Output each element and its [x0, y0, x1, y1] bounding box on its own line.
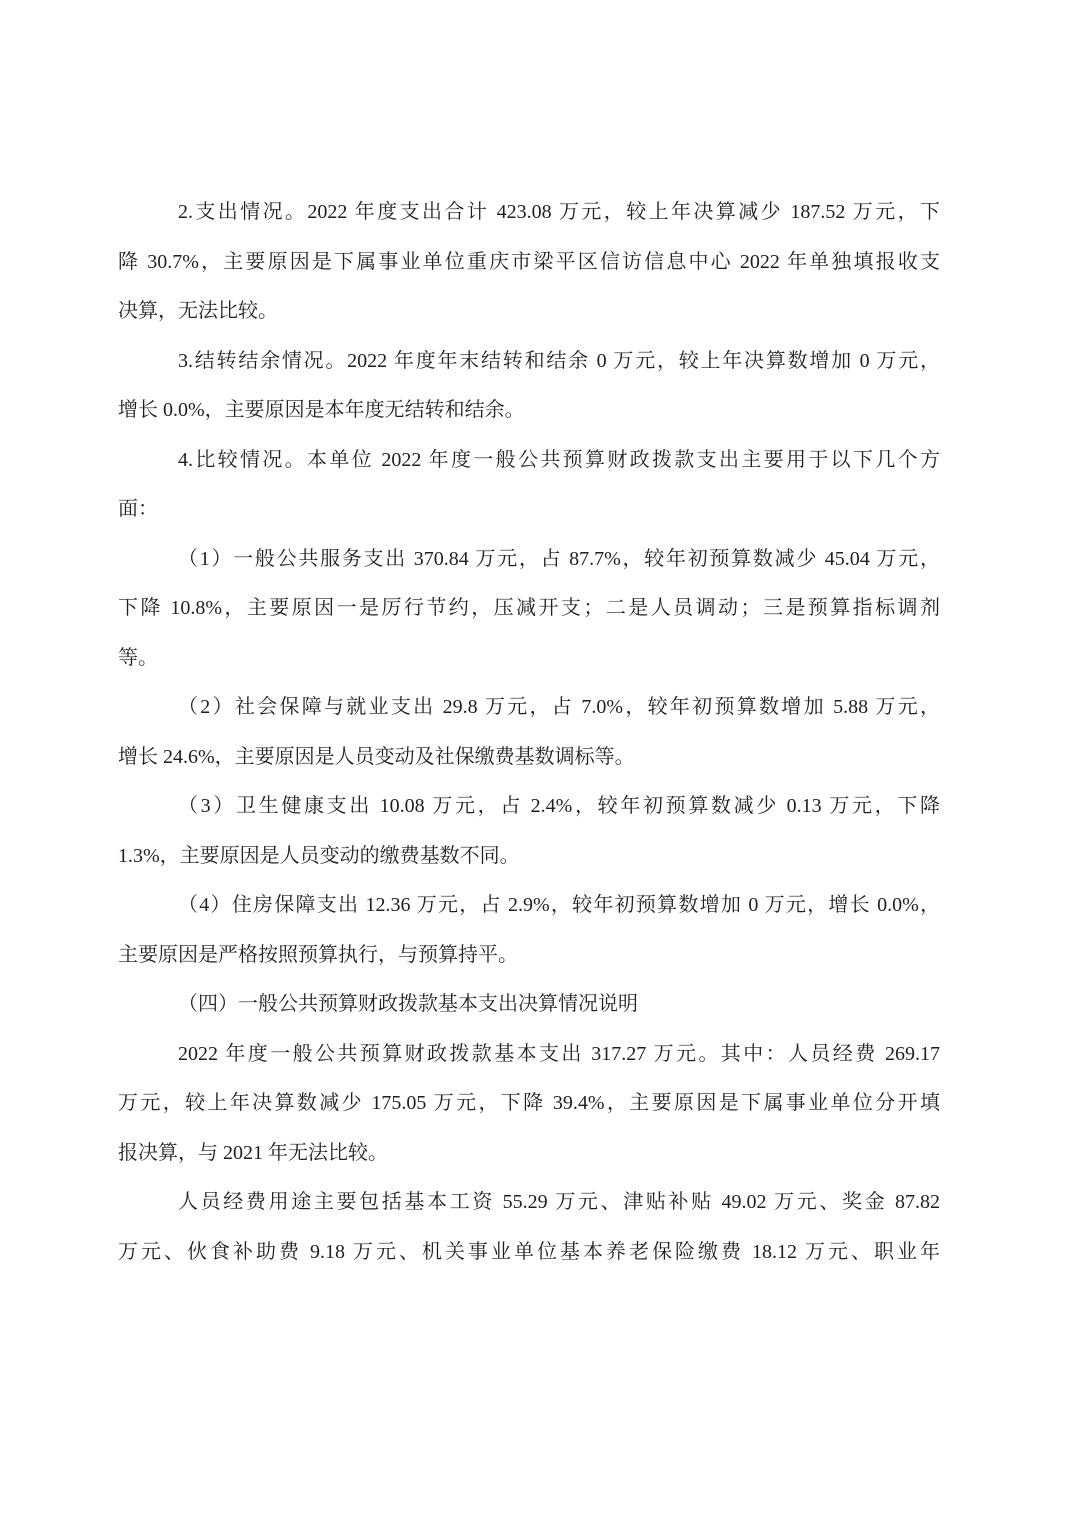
text-line: 增长 24.6%，主要原因是人员变动及社保缴费基数调标等。: [118, 733, 940, 783]
text-line: 下降 10.8%，主要原因一是厉行节约，压减开支；二是人员调动；三是预算指标调剂: [118, 584, 940, 634]
paragraph-item3-health: （3）卫生健康支出 10.08 万元，占 2.4%，较年初预算数减少 0.13 …: [118, 782, 1074, 881]
text-line: 1.3%，主要原因是人员变动的缴费基数不同。: [118, 832, 940, 882]
text-line: 2022 年度一般公共预算财政拨款基本支出 317.27 万元。其中：人员经费 …: [118, 1030, 940, 1080]
text-line: （1）一般公共服务支出 370.84 万元，占 87.7%，较年初预算数减少 4…: [118, 535, 940, 585]
text-line: 2.支出情况。2022 年度支出合计 423.08 万元，较上年决算减少 187…: [118, 188, 940, 238]
text-line: 万元、伙食补助费 9.18 万元、机关事业单位基本养老保险缴费 18.12 万元…: [118, 1228, 940, 1278]
text-line: （4）住房保障支出 12.36 万元，占 2.9%，较年初预算数增加 0 万元，…: [118, 881, 940, 931]
paragraph-item2-social-security-employment: （2）社会保障与就业支出 29.8 万元，占 7.0%，较年初预算数增加 5.8…: [118, 683, 1074, 782]
document-page: 2.支出情况。2022 年度支出合计 423.08 万元，较上年决算减少 187…: [0, 0, 1074, 1520]
paragraph-carryover-balance: 3.结转结余情况。2022 年度年末结转和结余 0 万元，较上年决算数增加 0 …: [118, 337, 1074, 436]
text-line: 3.结转结余情况。2022 年度年末结转和结余 0 万元，较上年决算数增加 0 …: [118, 337, 940, 387]
section-heading-line: （四）一般公共预算财政拨款基本支出决算情况说明: [118, 980, 940, 1030]
text-line: 4.比较情况。本单位 2022 年度一般公共预算财政拨款支出主要用于以下几个方: [118, 436, 940, 486]
text-line: （2）社会保障与就业支出 29.8 万元，占 7.0%，较年初预算数增加 5.8…: [118, 683, 940, 733]
text-line: 面：: [118, 485, 940, 535]
text-line: 降 30.7%，主要原因是下属事业单位重庆市梁平区信访信息中心 2022 年单独…: [118, 238, 940, 288]
text-line: 报决算，与 2021 年无法比较。: [118, 1129, 940, 1179]
paragraph-item4-housing-security: （4）住房保障支出 12.36 万元，占 2.9%，较年初预算数增加 0 万元，…: [118, 881, 1074, 980]
text-line: 增长 0.0%，主要原因是本年度无结转和结余。: [118, 386, 940, 436]
paragraph-basic-expenditure-detail: 2022 年度一般公共预算财政拨款基本支出 317.27 万元。其中：人员经费 …: [118, 1030, 1074, 1179]
paragraph-personnel-expense-usage: 人员经费用途主要包括基本工资 55.29 万元、津贴补贴 49.02 万元、奖金…: [118, 1178, 1074, 1277]
text-line: 万元，较上年决算数减少 175.05 万元，下降 39.4%，主要原因是下属事业…: [118, 1079, 940, 1129]
section-heading-basic-expenditure: （四）一般公共预算财政拨款基本支出决算情况说明: [118, 980, 1074, 1030]
text-line: 决算，无法比较。: [118, 287, 940, 337]
text-line: 主要原因是严格按照预算执行，与预算持平。: [118, 931, 940, 981]
text-line: 人员经费用途主要包括基本工资 55.29 万元、津贴补贴 49.02 万元、奖金…: [118, 1178, 940, 1228]
text-line: 等。: [118, 634, 940, 684]
paragraph-comparison-intro: 4.比较情况。本单位 2022 年度一般公共预算财政拨款支出主要用于以下几个方 …: [118, 436, 1074, 535]
paragraph-expenditure-overview: 2.支出情况。2022 年度支出合计 423.08 万元，较上年决算减少 187…: [118, 188, 1074, 337]
paragraph-item1-general-public-services: （1）一般公共服务支出 370.84 万元，占 87.7%，较年初预算数减少 4…: [118, 535, 1074, 684]
text-line: （3）卫生健康支出 10.08 万元，占 2.4%，较年初预算数减少 0.13 …: [118, 782, 940, 832]
